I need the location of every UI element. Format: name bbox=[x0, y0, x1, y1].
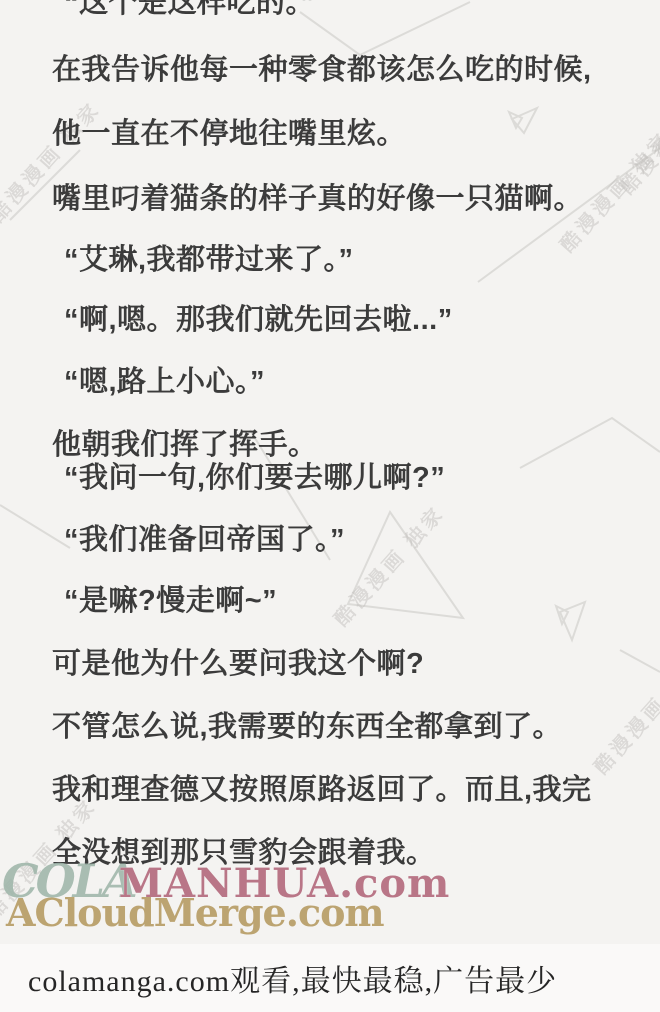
manhua-page: 酷漫漫画 独家 酷漫漫画 独家 酷漫漫画 独家 酷漫漫画 独家 酷漫漫画 独家 … bbox=[0, 0, 660, 1012]
story-line: 在我告诉他每一种零食都该怎么吃的时候, bbox=[52, 53, 592, 87]
diagonal-watermark-text: 酷漫漫画 独家 bbox=[612, 66, 660, 200]
story-line: 嘴里叼着猫条的样子真的好像一只猫啊。 bbox=[52, 182, 583, 216]
story-line: 我和理查德又按照原路返回了。而且,我完 bbox=[52, 773, 592, 807]
acloudmerge-watermark-text: ACloudMerge.com bbox=[6, 890, 384, 935]
diagonal-watermark-text: 酷漫漫画 独家 bbox=[326, 498, 450, 632]
story-line: “啊,嗯。那我们就先回去啦...” bbox=[52, 303, 453, 337]
story-line: “是嘛?慢走啊~” bbox=[52, 584, 277, 618]
story-line: “我问一句,你们要去哪儿啊?” bbox=[52, 461, 445, 495]
story-line: “嗯,路上小心。” bbox=[52, 365, 265, 399]
story-line: 可是他为什么要问我这个啊? bbox=[52, 647, 424, 681]
story-line: 不管怎么说,我需要的东西全都拿到了。 bbox=[52, 710, 562, 744]
story-line: “这个是这样吃的。” bbox=[52, 0, 316, 20]
story-line: “艾琳,我都带过来了。” bbox=[52, 243, 354, 277]
story-line: 他朝我们挥了挥手。 bbox=[52, 428, 318, 462]
story-line: 他一直在不停地往嘴里炫。 bbox=[52, 117, 406, 151]
footer-caption: colamanga.com观看,最快最稳,广告最少 bbox=[28, 956, 557, 1000]
diagonal-watermark-text: 酷漫漫画 独家 bbox=[586, 646, 660, 780]
story-line: “我们准备回帝国了。” bbox=[52, 523, 345, 557]
